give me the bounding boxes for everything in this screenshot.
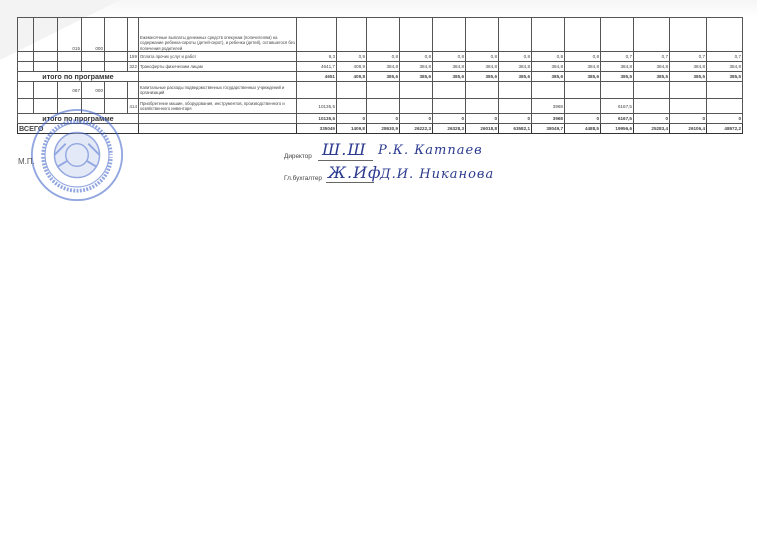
empty-description-cell <box>139 72 297 82</box>
month-value-cell: 0,8 <box>499 52 532 62</box>
month-value-cell: 0 <box>499 114 532 124</box>
month-value-cell <box>337 18 367 52</box>
spacer-cell <box>105 52 128 62</box>
month-value-cell: 28630,9 <box>367 124 400 134</box>
spacer-cell <box>105 82 128 99</box>
month-value-cell <box>565 82 601 99</box>
empty-description-cell <box>139 124 297 134</box>
accountant-signature: Ж.Иф <box>328 163 382 182</box>
month-value-cell: 385,6 <box>400 72 433 82</box>
spacer-cell <box>105 99 128 114</box>
director-name: Р.К. Катпаев <box>378 143 483 158</box>
month-value-cell <box>499 18 532 52</box>
table-row: 015000Ежемесячные выплаты денежных средс… <box>18 18 743 52</box>
month-value-cell <box>565 18 601 52</box>
month-value-cell: 19956,6 <box>601 124 634 134</box>
month-value-cell <box>670 18 707 52</box>
specifics-code-cell: 414 <box>128 99 139 114</box>
func-group-cell <box>18 18 34 52</box>
month-value-cell <box>565 99 601 114</box>
month-value-cell: 0 <box>466 114 499 124</box>
month-value-cell: 0,7 <box>634 52 670 62</box>
table-row: 159Оплата прочих услуг и работ9,30,90,80… <box>18 52 743 62</box>
month-value-cell <box>532 82 565 99</box>
month-value-cell: 0,8 <box>466 52 499 62</box>
month-value-cell: 385,6 <box>433 72 466 82</box>
month-value-cell <box>634 18 670 52</box>
month-value-cell: 0,7 <box>670 52 707 62</box>
director-label: Директор <box>284 153 312 160</box>
month-value-cell <box>707 99 743 114</box>
month-value-cell: 3968 <box>532 114 565 124</box>
month-value-cell <box>499 99 532 114</box>
month-value-cell: 0 <box>337 114 367 124</box>
program-code-cell <box>58 52 82 62</box>
month-value-cell <box>400 82 433 99</box>
director-signature-line <box>318 160 373 161</box>
month-value-cell: 0,9 <box>337 52 367 62</box>
empty-description-cell <box>139 114 297 124</box>
month-value-cell: 48972,2 <box>707 124 743 134</box>
month-value-cell: 38049,7 <box>532 124 565 134</box>
month-value-cell: 385,5 <box>707 72 743 82</box>
chief-accountant-label: Гл.бухгалтер <box>284 175 322 182</box>
month-value-cell: 0 <box>367 114 400 124</box>
month-value-cell <box>670 82 707 99</box>
month-value-cell <box>367 99 400 114</box>
month-value-cell: 0,8 <box>532 52 565 62</box>
func-group-cell <box>18 82 34 99</box>
month-value-cell: 384,8 <box>707 62 743 72</box>
month-value-cell: 385,5 <box>670 72 707 82</box>
program-total-row: итого по программе10135,5000000396806167… <box>18 114 743 124</box>
month-value-cell <box>601 82 634 99</box>
grand-total-row: ВСЕГО3350491409,828630,926222,326328,326… <box>18 124 743 134</box>
specifics-code-cell: 159 <box>128 52 139 62</box>
month-value-cell: 1409,8 <box>337 124 367 134</box>
month-value-cell: 384,8 <box>466 62 499 72</box>
annual-total-cell: 4641,7 <box>297 62 337 72</box>
program-code-cell: 015 <box>58 18 82 52</box>
description-cell: Трансферты физическим лицам <box>139 62 297 72</box>
month-value-cell: 385,6 <box>499 72 532 82</box>
subprogram-code-cell: 000 <box>82 82 105 99</box>
month-value-cell <box>634 82 670 99</box>
month-value-cell <box>400 18 433 52</box>
month-value-cell: 384,8 <box>670 62 707 72</box>
month-value-cell: 0,8 <box>367 52 400 62</box>
month-value-cell: 0,7 <box>707 52 743 62</box>
month-value-cell: 26222,3 <box>400 124 433 134</box>
month-value-cell: 384,8 <box>499 62 532 72</box>
month-value-cell: 0 <box>634 114 670 124</box>
month-value-cell: 6167,5 <box>601 114 634 124</box>
month-value-cell <box>433 18 466 52</box>
description-cell: Ежемесячные выплаты денежных средств опе… <box>139 18 297 52</box>
month-value-cell: 384,8 <box>532 62 565 72</box>
month-value-cell <box>466 18 499 52</box>
month-value-cell: 385,6 <box>367 72 400 82</box>
subfunc-cell <box>34 18 58 52</box>
month-value-cell <box>433 99 466 114</box>
subfunc-cell <box>34 52 58 62</box>
month-value-cell: 4488,5 <box>565 124 601 134</box>
month-value-cell: 385,6 <box>565 72 601 82</box>
month-value-cell <box>367 18 400 52</box>
month-value-cell: 384,8 <box>400 62 433 72</box>
annual-total-cell <box>297 18 337 52</box>
month-value-cell: 384,8 <box>601 62 634 72</box>
month-value-cell <box>466 99 499 114</box>
director-signature: Ш.Ш <box>322 140 367 159</box>
month-value-cell: 0 <box>707 114 743 124</box>
description-cell: Капитальные расходы подведомственных гос… <box>139 82 297 99</box>
month-value-cell: 409,8 <box>337 72 367 82</box>
month-value-cell: 26106,4 <box>670 124 707 134</box>
table-row: 322Трансферты физическим лицам4641,7408,… <box>18 62 743 72</box>
month-value-cell: 0,8 <box>433 52 466 62</box>
month-value-cell: 0 <box>670 114 707 124</box>
month-value-cell: 0,8 <box>400 52 433 62</box>
subprogram-code-cell <box>82 52 105 62</box>
month-value-cell: 26328,3 <box>433 124 466 134</box>
month-value-cell: 0 <box>433 114 466 124</box>
description-cell: Оплата прочих услуг и работ <box>139 52 297 62</box>
official-stamp-icon <box>30 108 124 202</box>
month-value-cell: 385,6 <box>466 72 499 82</box>
table-row: 414Приобретение машин, оборудования, инс… <box>18 99 743 114</box>
annual-total-cell: 4651 <box>297 72 337 82</box>
annual-total-cell: 10135,5 <box>297 99 337 114</box>
program-code-cell <box>58 62 82 72</box>
month-value-cell: 385,5 <box>601 72 634 82</box>
program-total-row: итого по программе4651409,8385,6385,6385… <box>18 72 743 82</box>
month-value-cell <box>532 18 565 52</box>
month-value-cell <box>499 82 532 99</box>
month-value-cell: 408,9 <box>337 62 367 72</box>
month-value-cell: 384,8 <box>565 62 601 72</box>
month-value-cell: 0 <box>565 114 601 124</box>
month-value-cell: 385,5 <box>634 72 670 82</box>
annual-total-cell: 10135,5 <box>297 114 337 124</box>
subfunc-cell <box>34 62 58 72</box>
table-row: 067000Капитальные расходы подведомственн… <box>18 82 743 99</box>
annual-total-cell <box>297 82 337 99</box>
specifics-code-cell: 322 <box>128 62 139 72</box>
spacer-cell <box>105 62 128 72</box>
month-value-cell: 63582,1 <box>499 124 532 134</box>
month-value-cell: 384,8 <box>634 62 670 72</box>
month-value-cell <box>707 82 743 99</box>
month-value-cell: 385,6 <box>532 72 565 82</box>
month-value-cell <box>466 82 499 99</box>
program-code-cell: 067 <box>58 82 82 99</box>
subprogram-code-cell <box>82 62 105 72</box>
description-cell: Приобретение машин, оборудования, инстру… <box>139 99 297 114</box>
budget-table: 015000Ежемесячные выплаты денежных средс… <box>17 17 743 134</box>
month-value-cell: 3968 <box>532 99 565 114</box>
spacer-cell <box>105 18 128 52</box>
month-value-cell <box>337 82 367 99</box>
month-value-cell: 384,8 <box>367 62 400 72</box>
annual-total-cell: 335049 <box>297 124 337 134</box>
func-group-cell <box>18 99 34 114</box>
annual-total-cell: 9,3 <box>297 52 337 62</box>
month-value-cell <box>707 18 743 52</box>
month-value-cell: 0 <box>400 114 433 124</box>
month-value-cell <box>337 99 367 114</box>
month-value-cell <box>670 99 707 114</box>
stamp-place-label: М.П. <box>18 157 35 166</box>
program-total-label: итого по программе <box>18 72 139 82</box>
month-value-cell <box>367 82 400 99</box>
subfunc-cell <box>34 82 58 99</box>
month-value-cell: 25283,4 <box>634 124 670 134</box>
accountant-signature-line <box>326 182 374 183</box>
specifics-code-cell <box>128 82 139 99</box>
month-value-cell <box>400 99 433 114</box>
func-group-cell <box>18 62 34 72</box>
subfunc-cell <box>34 99 58 114</box>
month-value-cell: 0,7 <box>601 52 634 62</box>
month-value-cell: 0,8 <box>565 52 601 62</box>
month-value-cell: 26018,8 <box>466 124 499 134</box>
func-group-cell <box>18 52 34 62</box>
specifics-code-cell <box>128 18 139 52</box>
month-value-cell <box>634 99 670 114</box>
subprogram-code-cell: 000 <box>82 18 105 52</box>
month-value-cell <box>601 18 634 52</box>
month-value-cell <box>433 82 466 99</box>
month-value-cell: 6167,5 <box>601 99 634 114</box>
month-value-cell: 384,8 <box>433 62 466 72</box>
accountant-name: Д.И. Никанова <box>380 167 494 182</box>
